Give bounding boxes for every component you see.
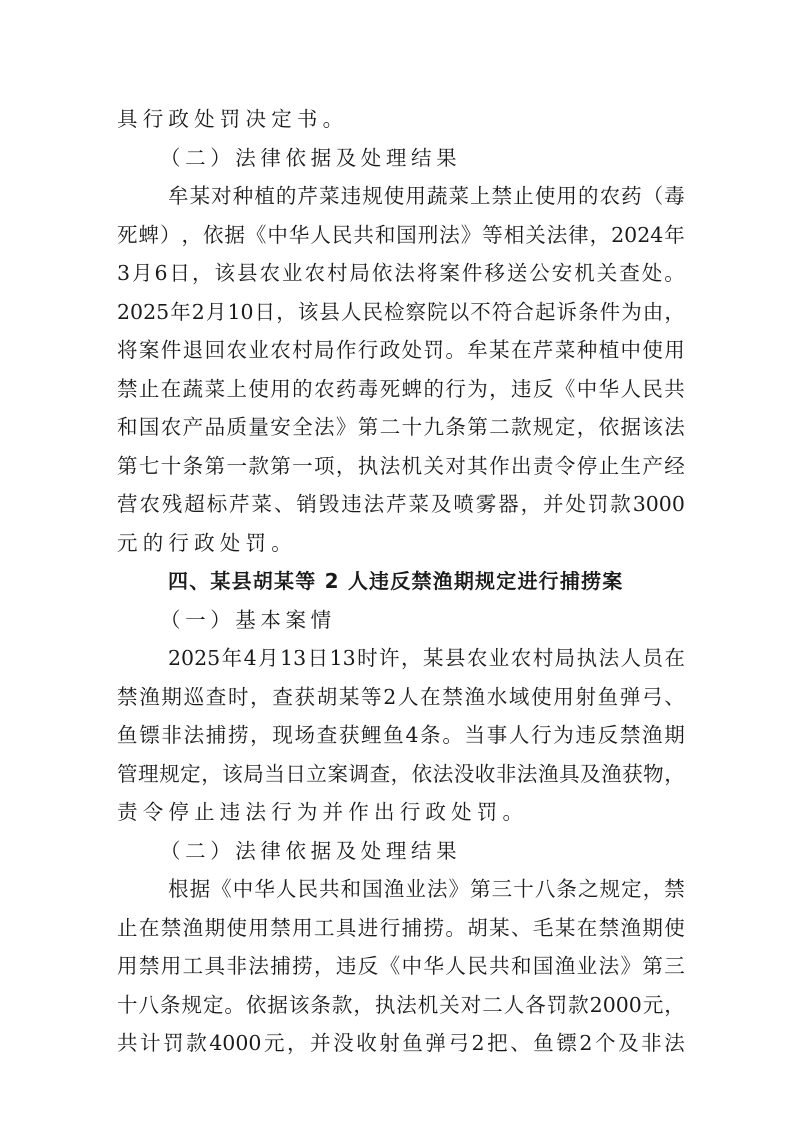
paragraph-line: 管理规定，该局当日立案调查，依法没收非法渔具及渔获物， (117, 759, 685, 789)
paragraph-line: 3月6日，该县农业农村局依法将案件移送公安机关查处。 (117, 258, 685, 288)
paragraph-line: 止在禁渔期使用禁用工具进行捕捞。胡某、毛某在禁渔期使 (117, 913, 685, 943)
paragraph-line: 将案件退回农业农村局作行政处罚。牟某在芹菜种植中使用 (117, 335, 685, 365)
document-page: 具行政处罚决定书。（二）法律依据及处理结果牟某对种植的芹菜违规使用蔬菜上禁止使用… (0, 0, 793, 1122)
paragraph-line: 鱼镖非法捕捞，现场查获鲤鱼4条。当事人行为违反禁渔期 (117, 720, 685, 750)
paragraph-line: 用禁用工具非法捕捞，违反《中华人民共和国渔业法》第三 (117, 951, 685, 981)
paragraph-line: 和国农产品质量安全法》第二十九条第二款规定，依据该法 (117, 412, 685, 442)
paragraph-line: 2025年4月13日13时许，某县农业农村局执法人员在 (168, 643, 685, 673)
paragraph-line: 元的行政处罚。 (117, 528, 685, 558)
paragraph-line: 具行政处罚决定书。 (117, 104, 685, 134)
paragraph-line: 禁止在蔬菜上使用的农药毒死蜱的行为，违反《中华人民共 (117, 374, 685, 404)
paragraph-line: 十八条规定。依据该条款，执法机关对二人各罚款2000元， (117, 990, 685, 1020)
paragraph-line: 第七十条第一款第一项，执法机关对其作出责令停止生产经 (117, 451, 685, 481)
paragraph-line: 2025年2月10日，该县人民检察院以不符合起诉条件为由， (117, 297, 685, 327)
subsection-heading: （一）基本案情 (160, 605, 728, 635)
section-heading: 四、某县胡某等 2 人违反禁渔期规定进行捕捞案 (168, 566, 736, 596)
subsection-heading: （二）法律依据及处理结果 (160, 836, 728, 866)
paragraph-line: 共计罚款4000元，并没收射鱼弹弓2把、鱼镖2个及非法 (117, 1028, 685, 1058)
paragraph-line: 根据《中华人民共和国渔业法》第三十八条之规定，禁 (168, 874, 685, 904)
paragraph-line: 死蜱），依据《中华人民共和国刑法》等相关法律，2024年 (117, 220, 685, 250)
paragraph-line: 营农残超标芹菜、销毁违法芹菜及喷雾器，并处罚款3000 (117, 489, 685, 519)
paragraph-line: 牟某对种植的芹菜违规使用蔬菜上禁止使用的农药（毒 (168, 181, 685, 211)
paragraph-line: 责令停止违法行为并作出行政处罚。 (117, 797, 685, 827)
subsection-heading: （二）法律依据及处理结果 (160, 143, 728, 173)
paragraph-line: 禁渔期巡查时，查获胡某等2人在禁渔水域使用射鱼弹弓、 (117, 682, 685, 712)
